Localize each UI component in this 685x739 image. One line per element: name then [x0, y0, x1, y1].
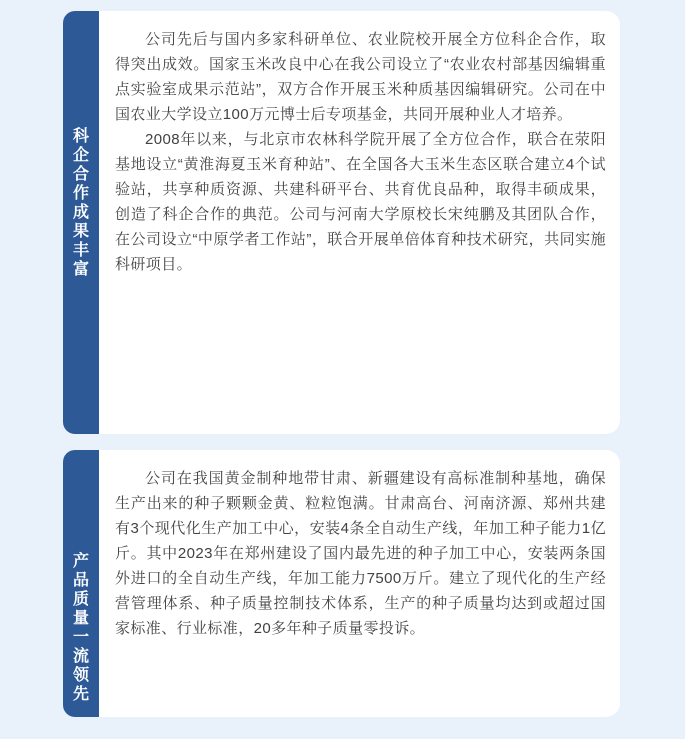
- section-product-quality: 产品质量一流领先 公司在我国黄金制种地带甘肃、新疆建设有高标准制种基地，确保生产…: [63, 450, 620, 717]
- section-tab-quality: 产品质量一流领先: [63, 450, 99, 717]
- vertical-section-label: 产品质量一流领先: [73, 554, 89, 703]
- article-page: 科企合作成果丰富 公司先后与国内多家科研单位、农业院校开展全方位科企合作，取得突…: [0, 0, 685, 739]
- section-card-cooperation: 公司先后与国内多家科研单位、农业院校开展全方位科企合作，取得突出成效。国家玉米改…: [99, 11, 620, 434]
- body-paragraph: 公司先后与国内多家科研单位、农业院校开展全方位科企合作，取得突出成效。国家玉米改…: [115, 27, 606, 127]
- body-paragraph: 2008年以来，与北京市农林科学院开展了全方位合作，联合在荥阳基地设立“黄淮海夏…: [115, 127, 606, 277]
- section-science-enterprise-cooperation: 科企合作成果丰富 公司先后与国内多家科研单位、农业院校开展全方位科企合作，取得突…: [63, 11, 620, 434]
- body-paragraph: 公司在我国黄金制种地带甘肃、新疆建设有高标准制种基地，确保生产出来的种子颗颗金黄…: [115, 466, 606, 641]
- section-card-quality: 公司在我国黄金制种地带甘肃、新疆建设有高标准制种基地，确保生产出来的种子颗颗金黄…: [99, 450, 620, 717]
- vertical-section-label: 科企合作成果丰富: [73, 129, 89, 278]
- section-tab-cooperation: 科企合作成果丰富: [63, 11, 99, 434]
